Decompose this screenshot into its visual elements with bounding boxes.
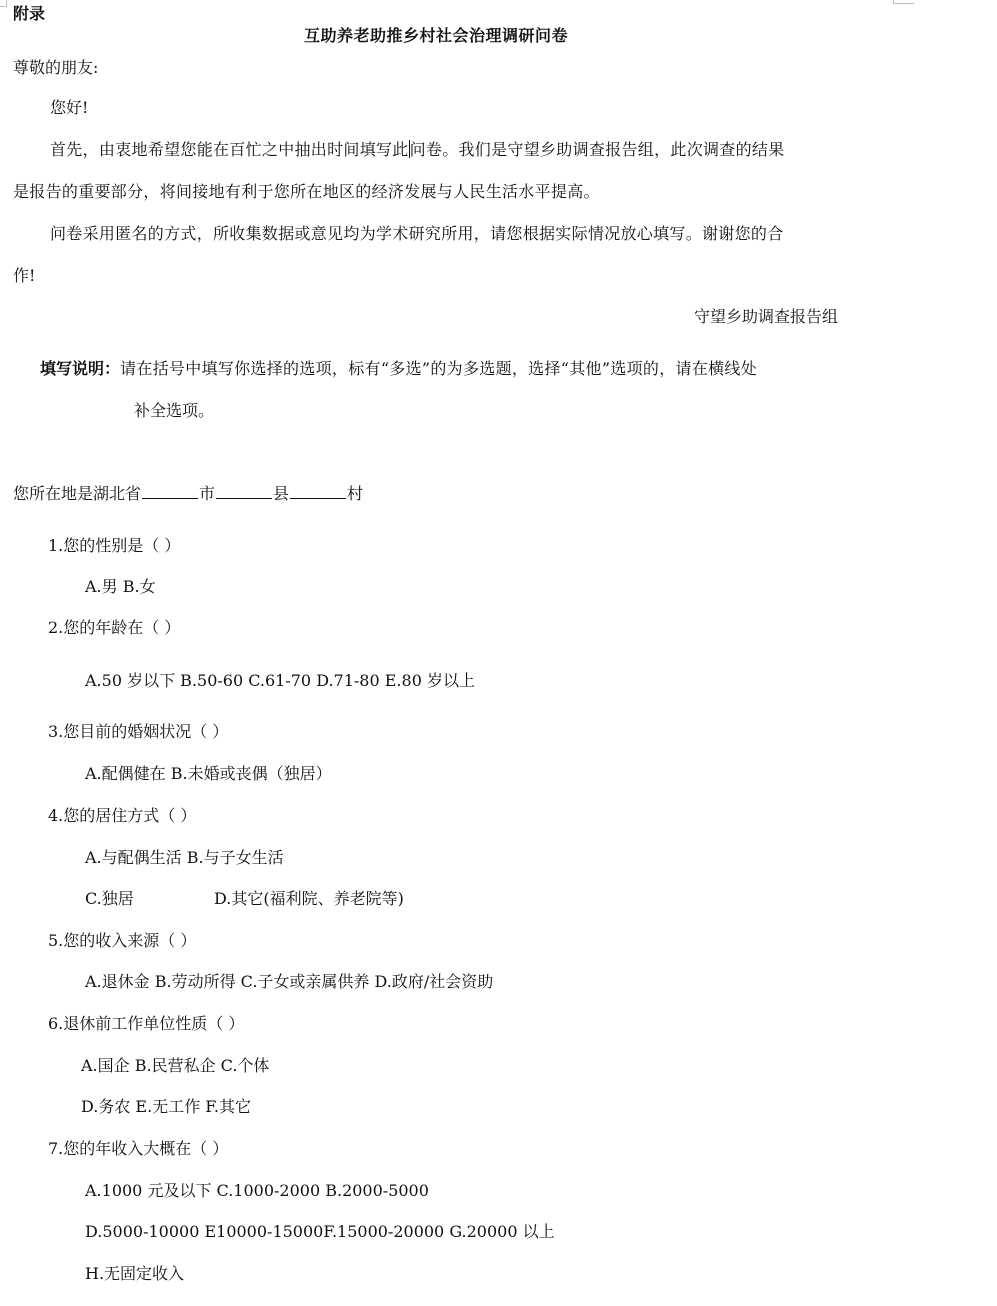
crop-mark-top-left bbox=[0, 0, 7, 7]
signature: 守望乡助调查报告组 bbox=[694, 307, 838, 327]
intro-paragraph-2-line-1: 问卷采用匿名的方式，所收集数据或意见均为学术研究所用，请您根据实际情况放心填写。… bbox=[50, 224, 784, 244]
intro-paragraph-1-line-2: 是报告的重要部分，将间接地有利于您所在地区的经济发展与人民生活水平提高。 bbox=[13, 182, 600, 202]
salutation: 尊敬的朋友: bbox=[13, 58, 98, 78]
city-label: 市 bbox=[199, 484, 215, 503]
question-3: 3.您目前的婚姻状况（ ） bbox=[48, 722, 228, 742]
question-2-options: A.50 岁以下 B.50-60 C.61-70 D.71-80 E.80 岁以… bbox=[85, 671, 475, 691]
village-blank-input[interactable] bbox=[290, 484, 346, 499]
question-1-options: A.男 B.女 bbox=[85, 577, 156, 597]
greeting: 您好! bbox=[50, 98, 88, 118]
appendix-label: 附录 bbox=[13, 4, 45, 24]
question-6-options-row-2: D.务农 E.无工作 F.其它 bbox=[81, 1097, 251, 1117]
instructions-text: 请在括号中填写你选择的选项，标有“多选”的为多选题，选择“其他”选项的，请在横线… bbox=[120, 359, 757, 378]
instructions: 填写说明：请在括号中填写你选择的选项，标有“多选”的为多选题，选择“其他”选项的… bbox=[40, 359, 757, 379]
question-7-options-row-2: D.5000-10000 E10000-15000F.15000-20000 G… bbox=[85, 1222, 555, 1242]
crop-mark-top-right bbox=[893, 0, 914, 4]
question-6: 6.退休前工作单位性质（ ） bbox=[48, 1014, 244, 1034]
location-line: 您所在地是湖北省市县村 bbox=[13, 484, 363, 504]
intro-text-before-caret: 首先，由衷地希望您能在百忙之中抽出时间填写此 bbox=[50, 140, 409, 159]
question-7-options-row-3: H.无固定收入 bbox=[85, 1264, 184, 1284]
question-4-option-c: C.独居 bbox=[85, 889, 134, 909]
county-blank-input[interactable] bbox=[216, 484, 272, 499]
village-label: 村 bbox=[347, 484, 363, 503]
location-prefix: 您所在地是湖北省 bbox=[13, 484, 141, 503]
question-3-options: A.配偶健在 B.未婚或丧偶（独居） bbox=[85, 764, 332, 784]
instructions-label: 填写说明： bbox=[40, 359, 120, 378]
question-6-options-row-1: A.国企 B.民营私企 C.个体 bbox=[81, 1056, 269, 1076]
question-5: 5.您的收入来源（ ） bbox=[48, 931, 196, 951]
intro-text-after-caret: 问卷。我们是守望乡助调查报告组，此次调查的结果 bbox=[410, 140, 785, 159]
question-7: 7.您的年收入大概在（ ） bbox=[48, 1139, 228, 1159]
question-5-options: A.退休金 B.劳动所得 C.子女或亲属供养 D.政府/社会资助 bbox=[85, 972, 493, 992]
question-4-options-row-1: A.与配偶生活 B.与子女生活 bbox=[85, 848, 284, 868]
question-7-options-row-1: A.1000 元及以下 C.1000-2000 B.2000-5000 bbox=[85, 1181, 429, 1201]
question-4: 4.您的居住方式（ ） bbox=[48, 806, 196, 826]
document-title: 互助养老助推乡村社会治理调研问卷 bbox=[304, 26, 568, 46]
intro-paragraph-1-line-1: 首先，由衷地希望您能在百忙之中抽出时间填写此问卷。我们是守望乡助调查报告组，此次… bbox=[50, 140, 785, 160]
instructions-continuation: 补全选项。 bbox=[134, 401, 214, 421]
question-2: 2.您的年龄在（ ） bbox=[48, 618, 180, 638]
question-4-option-d: D.其它(福利院、养老院等) bbox=[214, 889, 404, 909]
intro-paragraph-2-line-2: 作! bbox=[13, 266, 35, 286]
city-blank-input[interactable] bbox=[142, 484, 198, 499]
county-label: 县 bbox=[273, 484, 289, 503]
question-1: 1.您的性别是（ ） bbox=[48, 536, 180, 556]
